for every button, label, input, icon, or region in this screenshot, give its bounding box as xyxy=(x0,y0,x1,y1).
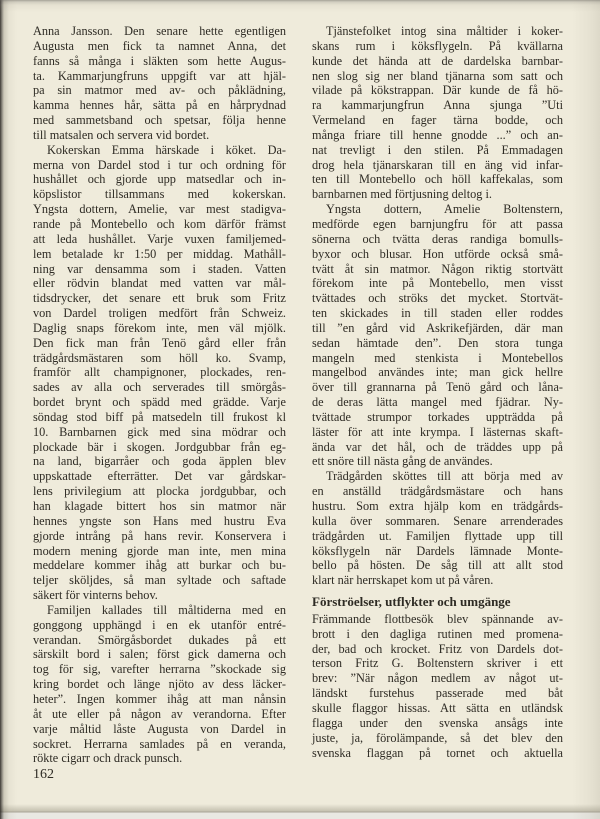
text-line: till matsalen och servera vid bordet. xyxy=(33,128,286,143)
text-line: modern mening gjorde man inte, men mina xyxy=(33,544,286,559)
text-line: pa sin matmor med av- och påklädning, xyxy=(33,83,286,98)
text-line: terson Fritz G. Boltenstern skriver i et… xyxy=(312,656,563,671)
text-line: 10. Barnbarnen gick med sina mödrar och xyxy=(33,425,286,440)
text-line: Trädgården sköttes till att börja med av xyxy=(312,469,563,484)
text-line: skulle flaggor hissas. Att sätta en utlä… xyxy=(312,701,563,716)
text-line: bello på hösten. De såg till att allt st… xyxy=(312,558,563,573)
text-line: ländskt furstehus passerade med båt xyxy=(312,686,563,701)
text-line: Kokerskan Emma härskade i köket. Da- xyxy=(33,143,286,158)
text-line: kring bordet och länge njöto av dess läc… xyxy=(33,677,286,692)
text-line: drog hela tjänarskaran till en äng vid i… xyxy=(312,158,563,173)
paragraph: Trädgården sköttes till att börja med av… xyxy=(312,469,563,588)
text-line: merna von Dardel stod i tur och ordning … xyxy=(33,158,286,173)
right-column: Tjänstefolket intog sina måltider i koke… xyxy=(312,24,563,760)
text-line: kamma hennes hår, sätta på en hårprydnad xyxy=(33,98,286,113)
text-line: heter”. Ingen kommer ihåg att man nånsin xyxy=(33,692,286,707)
text-line: tvätt åt sin matmor. Någon riktig stortv… xyxy=(312,262,563,277)
text-line: sedan hämtade den”. Den stora tunga xyxy=(312,336,563,351)
text-line: förekom inte på Montebello, men visst xyxy=(312,276,563,291)
text-line: tvättades och ströks det mycket. Stortvä… xyxy=(312,291,563,306)
text-line: Daglig snaps förekom inte, men väl mjölk… xyxy=(33,321,286,336)
text-line: nen slog sig ner bland tjänarna som satt… xyxy=(312,69,563,84)
text-line: ten skickades in till staden eller rodde… xyxy=(312,306,563,321)
text-line: tidsdrycker, det senare ett bruk som Fri… xyxy=(33,291,286,306)
text-line: juste, ja, förolämpande, så det blev den xyxy=(312,731,563,746)
text-line: lem betalade kr 1:50 per middag. Mathåll… xyxy=(33,247,286,262)
text-line: Anna Jansson. Den senare hette egentlige… xyxy=(33,24,286,39)
text-line: fanns så många i släkten som hette Augus… xyxy=(33,54,286,69)
paragraph: Yngsta dottern, Amelie Boltenstern,medfö… xyxy=(312,202,563,469)
text-line: ta. Kammarjungfruns uppgift var att hjäl… xyxy=(33,69,286,84)
text-line: att leda hushållet. Varje vuxen familjem… xyxy=(33,232,286,247)
text-line: många friare till henne gnodde ...” och … xyxy=(312,128,563,143)
text-line: ra kammarjungfrun Anna sjunga ”Uti xyxy=(312,98,563,113)
text-line: verandan. Smörgåsbordet dukades på ett xyxy=(33,633,286,648)
text-line: gjorde intrång på hans revir. Konservera… xyxy=(33,529,286,544)
text-line: med sammetsband och spetsar, följa henne xyxy=(33,113,286,128)
text-line: läster för att inte krympa. I lästernas … xyxy=(312,425,563,440)
text-line: Augusta men fick ta namnet Anna, det xyxy=(33,39,286,54)
text-line: byxor och blusar. Hon utförde också små- xyxy=(312,247,563,262)
text-line: köksflygeln när Dardels lämnade Monte- xyxy=(312,544,563,559)
text-line: hustru. Som extra hjälp kom en trädgårds… xyxy=(312,499,563,514)
text-line: Främmande flottbesök blev spännande av- xyxy=(312,612,563,627)
text-line: mangeln med stenkista i Montebellos xyxy=(312,351,563,366)
text-line: hennes yngste son Hans med hustru Eva xyxy=(33,514,286,529)
text-line: Yngsta dottern, Amelie, var mest stadigv… xyxy=(33,202,286,217)
text-line: von Dardel troligen medfört från Schweiz… xyxy=(33,306,286,321)
section-heading: Förströelser, utflykter och umgänge xyxy=(312,595,563,610)
page-number: 162 xyxy=(33,767,54,783)
text-line: rökte cigarr och drack punsch. xyxy=(33,751,286,766)
text-line: tog för sig, varefter herrarna ”skockade… xyxy=(33,662,286,677)
text-line: Den fick man från Tenö gård eller från xyxy=(33,336,286,351)
text-line: barnbarnen med förtjusning deltog i. xyxy=(312,187,563,202)
text-line: sades av alla och serverades till smörgå… xyxy=(33,380,286,395)
paragraph: Anna Jansson. Den senare hette egentlige… xyxy=(33,24,286,143)
text-line: teljer sköljdes, så man syltade och saft… xyxy=(33,573,286,588)
text-line: han klagade bittert hos sin matmor när xyxy=(33,499,286,514)
text-line: tvättade strumpor torkades uppträdda på xyxy=(312,410,563,425)
text-line: vilade på kökstrappan. Där kunde de få h… xyxy=(312,83,563,98)
text-line: eller rödvin blandat med vatten var mål- xyxy=(33,276,286,291)
text-line: Tjänstefolket intog sina måltider i koke… xyxy=(312,24,563,39)
text-line: Yngsta dottern, Amelie Boltenstern, xyxy=(312,202,563,217)
text-line: Vermeland en fager tärna bodde, och xyxy=(312,113,563,128)
text-line: flagga under den svenska ansågs inte xyxy=(312,716,563,731)
text-line: bordet brynt och spädd med grädde. Varje xyxy=(33,395,286,410)
text-line: plockade bär i skogen. Jordgubbar från e… xyxy=(33,440,286,455)
text-line: brott i den dagliga rutinen med promena- xyxy=(312,627,563,642)
text-line: ett snöre till nästa gång de användes. xyxy=(312,454,563,469)
text-line: mangelbod användes inte; man gick hellre xyxy=(312,365,563,380)
text-line: lens privilegium att plocka jordgubbar, … xyxy=(33,484,286,499)
text-line: Familjen kallades till måltiderna med en xyxy=(33,603,286,618)
text-line: nat trevligt i den stilen. På Emmadagen xyxy=(312,143,563,158)
text-line: klart när herrskapet kom ut på våren. xyxy=(312,573,563,588)
text-line: gonggong upphängd i en ek utanför entré- xyxy=(33,618,286,633)
text-line: de deras lätta mangel med fjädrar. Ny- xyxy=(312,395,563,410)
text-line: varje måltid låste Augusta von Dardel in xyxy=(33,722,286,737)
text-line: kunde det hända att de dardelska barnbar… xyxy=(312,54,563,69)
text-line: söndag stod biff på matsedeln till fruko… xyxy=(33,410,286,425)
text-line: sönerna och tvätta deras randiga bomulls… xyxy=(312,232,563,247)
text-line: köpslistor tillsammans med kokerskan. xyxy=(33,187,286,202)
text-line: uppskattade efterrätter. Det var gårdska… xyxy=(33,469,286,484)
text-line: säkert för vinterns behov. xyxy=(33,588,286,603)
text-line: sockret. Herrarna samlades på en veranda… xyxy=(33,737,286,752)
text-line: till ”en gård vid Askrikefjärden, där ma… xyxy=(312,321,563,336)
text-line: ning var densamma som i staden. Vatten xyxy=(33,262,286,277)
text-line: na land, bigarråer och goda äpplen blev xyxy=(33,454,286,469)
text-line: rande på Montebello och kom därför främs… xyxy=(33,217,286,232)
text-line: över till grannarna på Tenö gård och lån… xyxy=(312,380,563,395)
text-line: kulla över sommaren. Senare arrenderades xyxy=(312,514,563,529)
text-line: der, bad och krocket. Fritz von Dardels … xyxy=(312,642,563,657)
text-line: särskilt bord i salen; först gick damern… xyxy=(33,647,286,662)
text-line: en anställd trädgårdsmästare och hans xyxy=(312,484,563,499)
paragraph: Familjen kallades till måltiderna med en… xyxy=(33,603,286,766)
text-line: ända var det hål, och de träddes upp på xyxy=(312,440,563,455)
text-line: medförde egen barnjungfru för att passa xyxy=(312,217,563,232)
text-line: meddelare kommer ihåg att burkar och bu- xyxy=(33,558,286,573)
text-line: trädgården ut. Familjen flyttade upp til… xyxy=(312,529,563,544)
text-line: trädgårdsmästaren som höll ko. Svamp, xyxy=(33,351,286,366)
text-line: brev: ”När någon medlem av något ut- xyxy=(312,671,563,686)
paragraph: Främmande flottbesök blev spännande av-b… xyxy=(312,612,563,760)
text-line: skans rum i köksflygeln. På kvällarna xyxy=(312,39,563,54)
text-line: ten till Montebello och höll kaffekalas,… xyxy=(312,172,563,187)
left-column: Anna Jansson. Den senare hette egentlige… xyxy=(33,24,286,766)
text-line: hushållet och gjorde upp matsedlar och i… xyxy=(33,172,286,187)
paragraph: Kokerskan Emma härskade i köket. Da-mern… xyxy=(33,143,286,603)
text-line: svenska flaggan på tornet och aktuella xyxy=(312,746,563,761)
text-line: framför allt champignoner, plockades, re… xyxy=(33,365,286,380)
text-line: åt ute eller på någon av verandorna. Eft… xyxy=(33,707,286,722)
paragraph: Tjänstefolket intog sina måltider i koke… xyxy=(312,24,563,202)
